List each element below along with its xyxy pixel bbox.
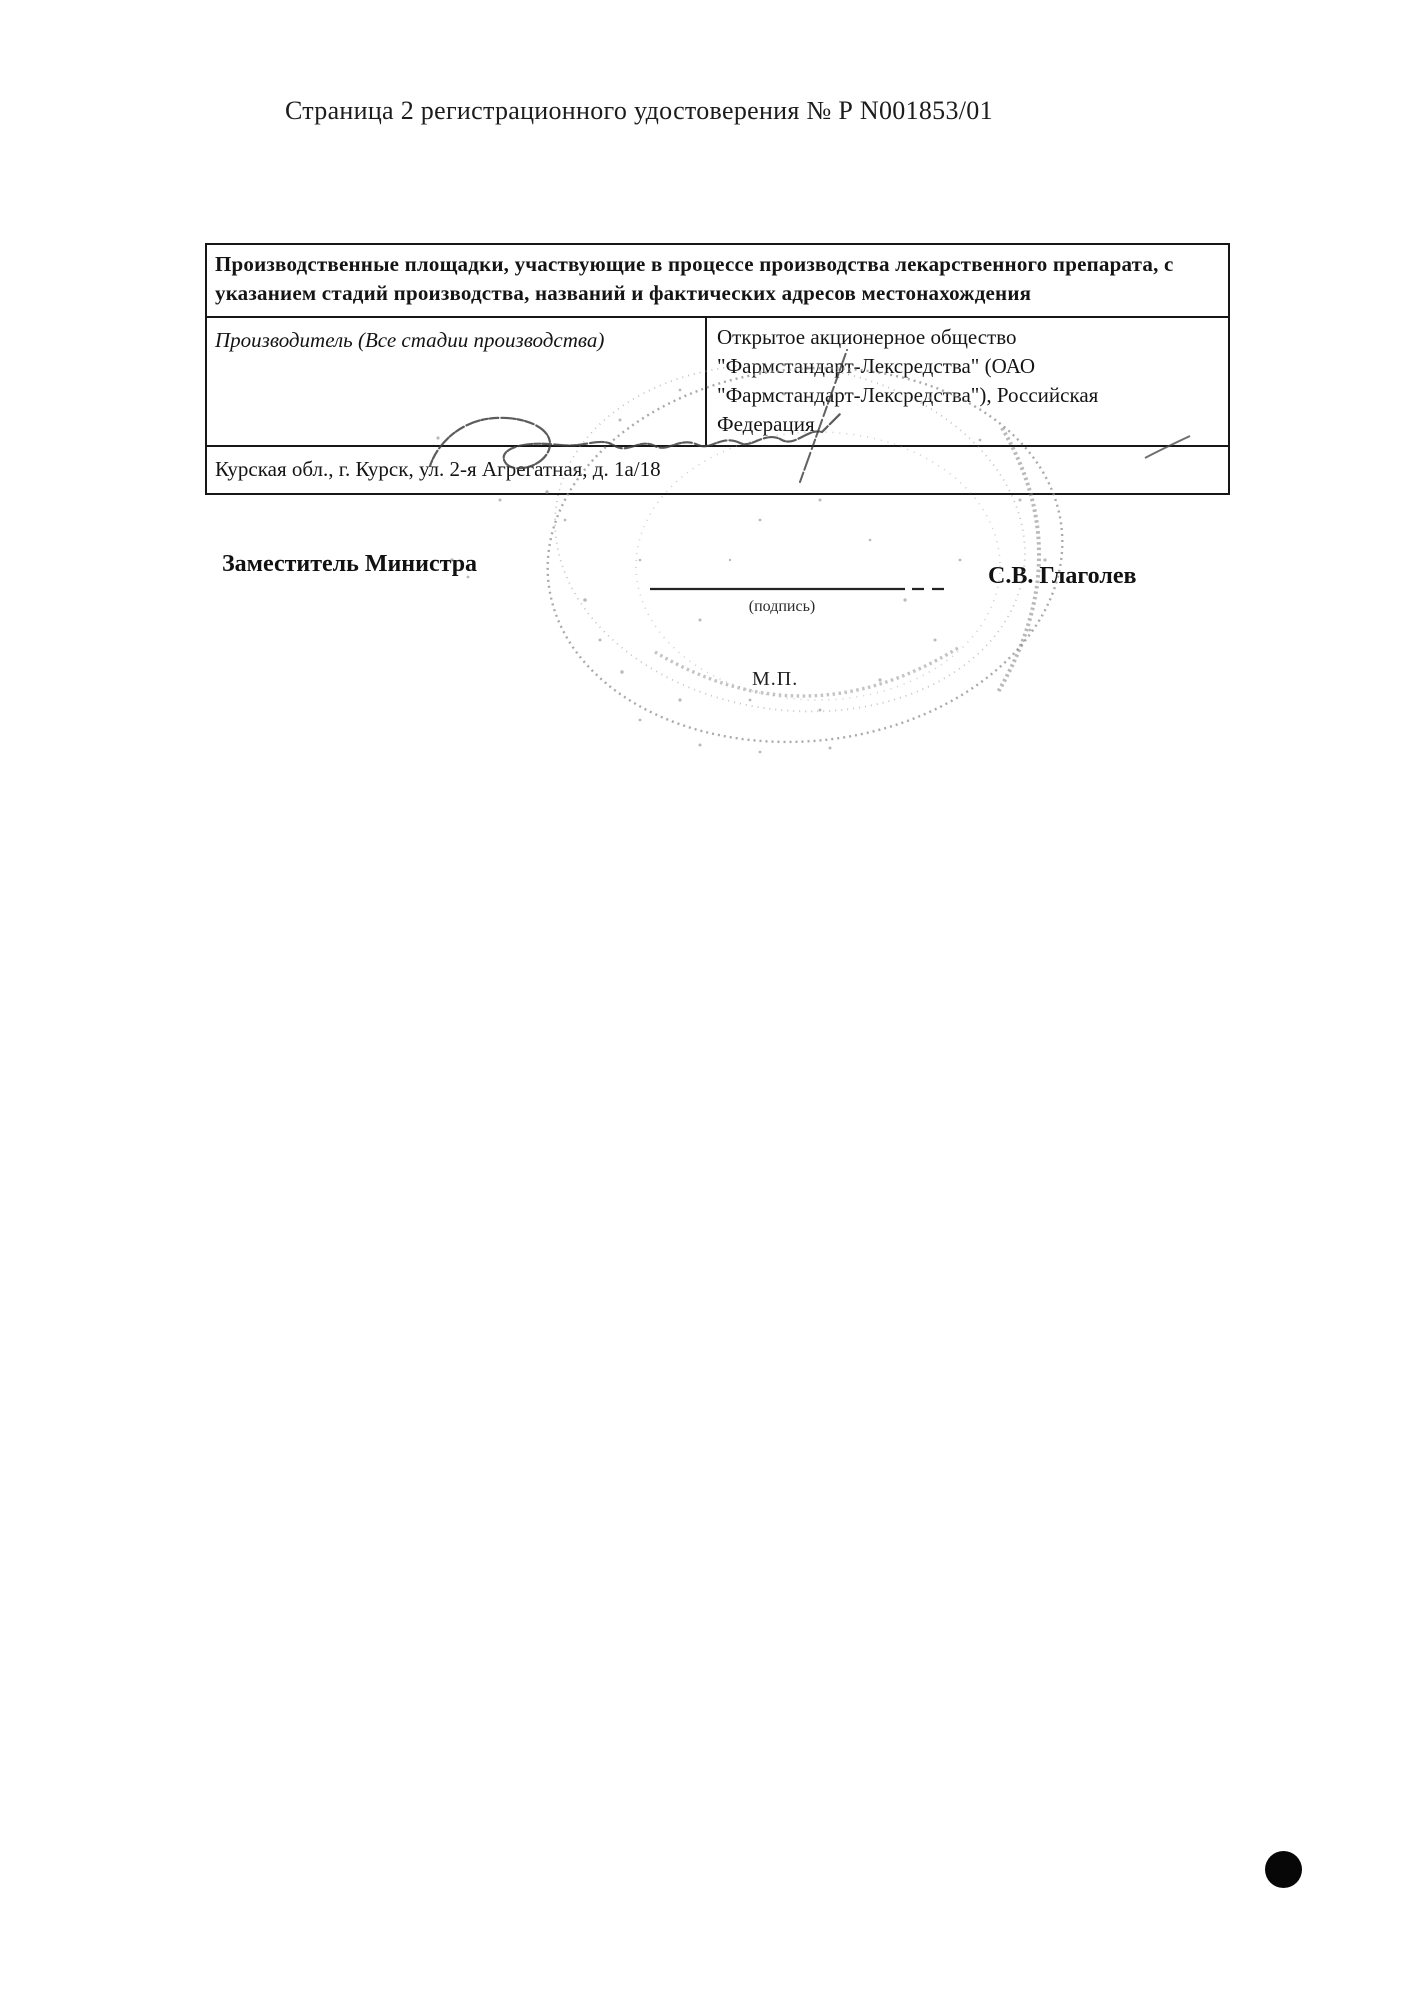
manufacturer-value-line-2: "Фармстандарт-Лексредства" (ОАО xyxy=(717,352,1218,381)
seal-placeholder-label: М.П. xyxy=(752,668,798,691)
manufacturer-value-line-4: Федерация xyxy=(717,410,1218,439)
registration-certificate-page-2: Страница 2 регистрационного удостоверени… xyxy=(0,0,1414,2000)
signatory-name: С.В. Глаголев xyxy=(988,563,1136,590)
page-header-text: Страница 2 регистрационного удостоверени… xyxy=(285,96,1145,126)
manufacturer-label-cell: Производитель (Все стадии производства) xyxy=(207,318,707,445)
manufacturer-value-cell: Открытое акционерное общество "Фармстанд… xyxy=(707,318,1228,445)
signatory-title: Заместитель Министра xyxy=(222,551,477,578)
manufacturer-value-line-1: Открытое акционерное общество xyxy=(717,323,1218,352)
signature-caption: (подпись) xyxy=(712,598,852,616)
production-sites-table: Производственные площадки, участвующие в… xyxy=(205,243,1230,495)
address-cell: Курская обл., г. Курск, ул. 2-я Агрегатн… xyxy=(207,447,1228,493)
black-dot-marker xyxy=(1265,1851,1302,1888)
manufacturer-row: Производитель (Все стадии производства) … xyxy=(207,318,1228,447)
table-header-cell: Производственные площадки, участвующие в… xyxy=(207,245,1228,318)
manufacturer-value-line-3: "Фармстандарт-Лексредства"), Российская xyxy=(717,381,1218,410)
stamp-rim-text-bottom-icon xyxy=(655,648,958,696)
